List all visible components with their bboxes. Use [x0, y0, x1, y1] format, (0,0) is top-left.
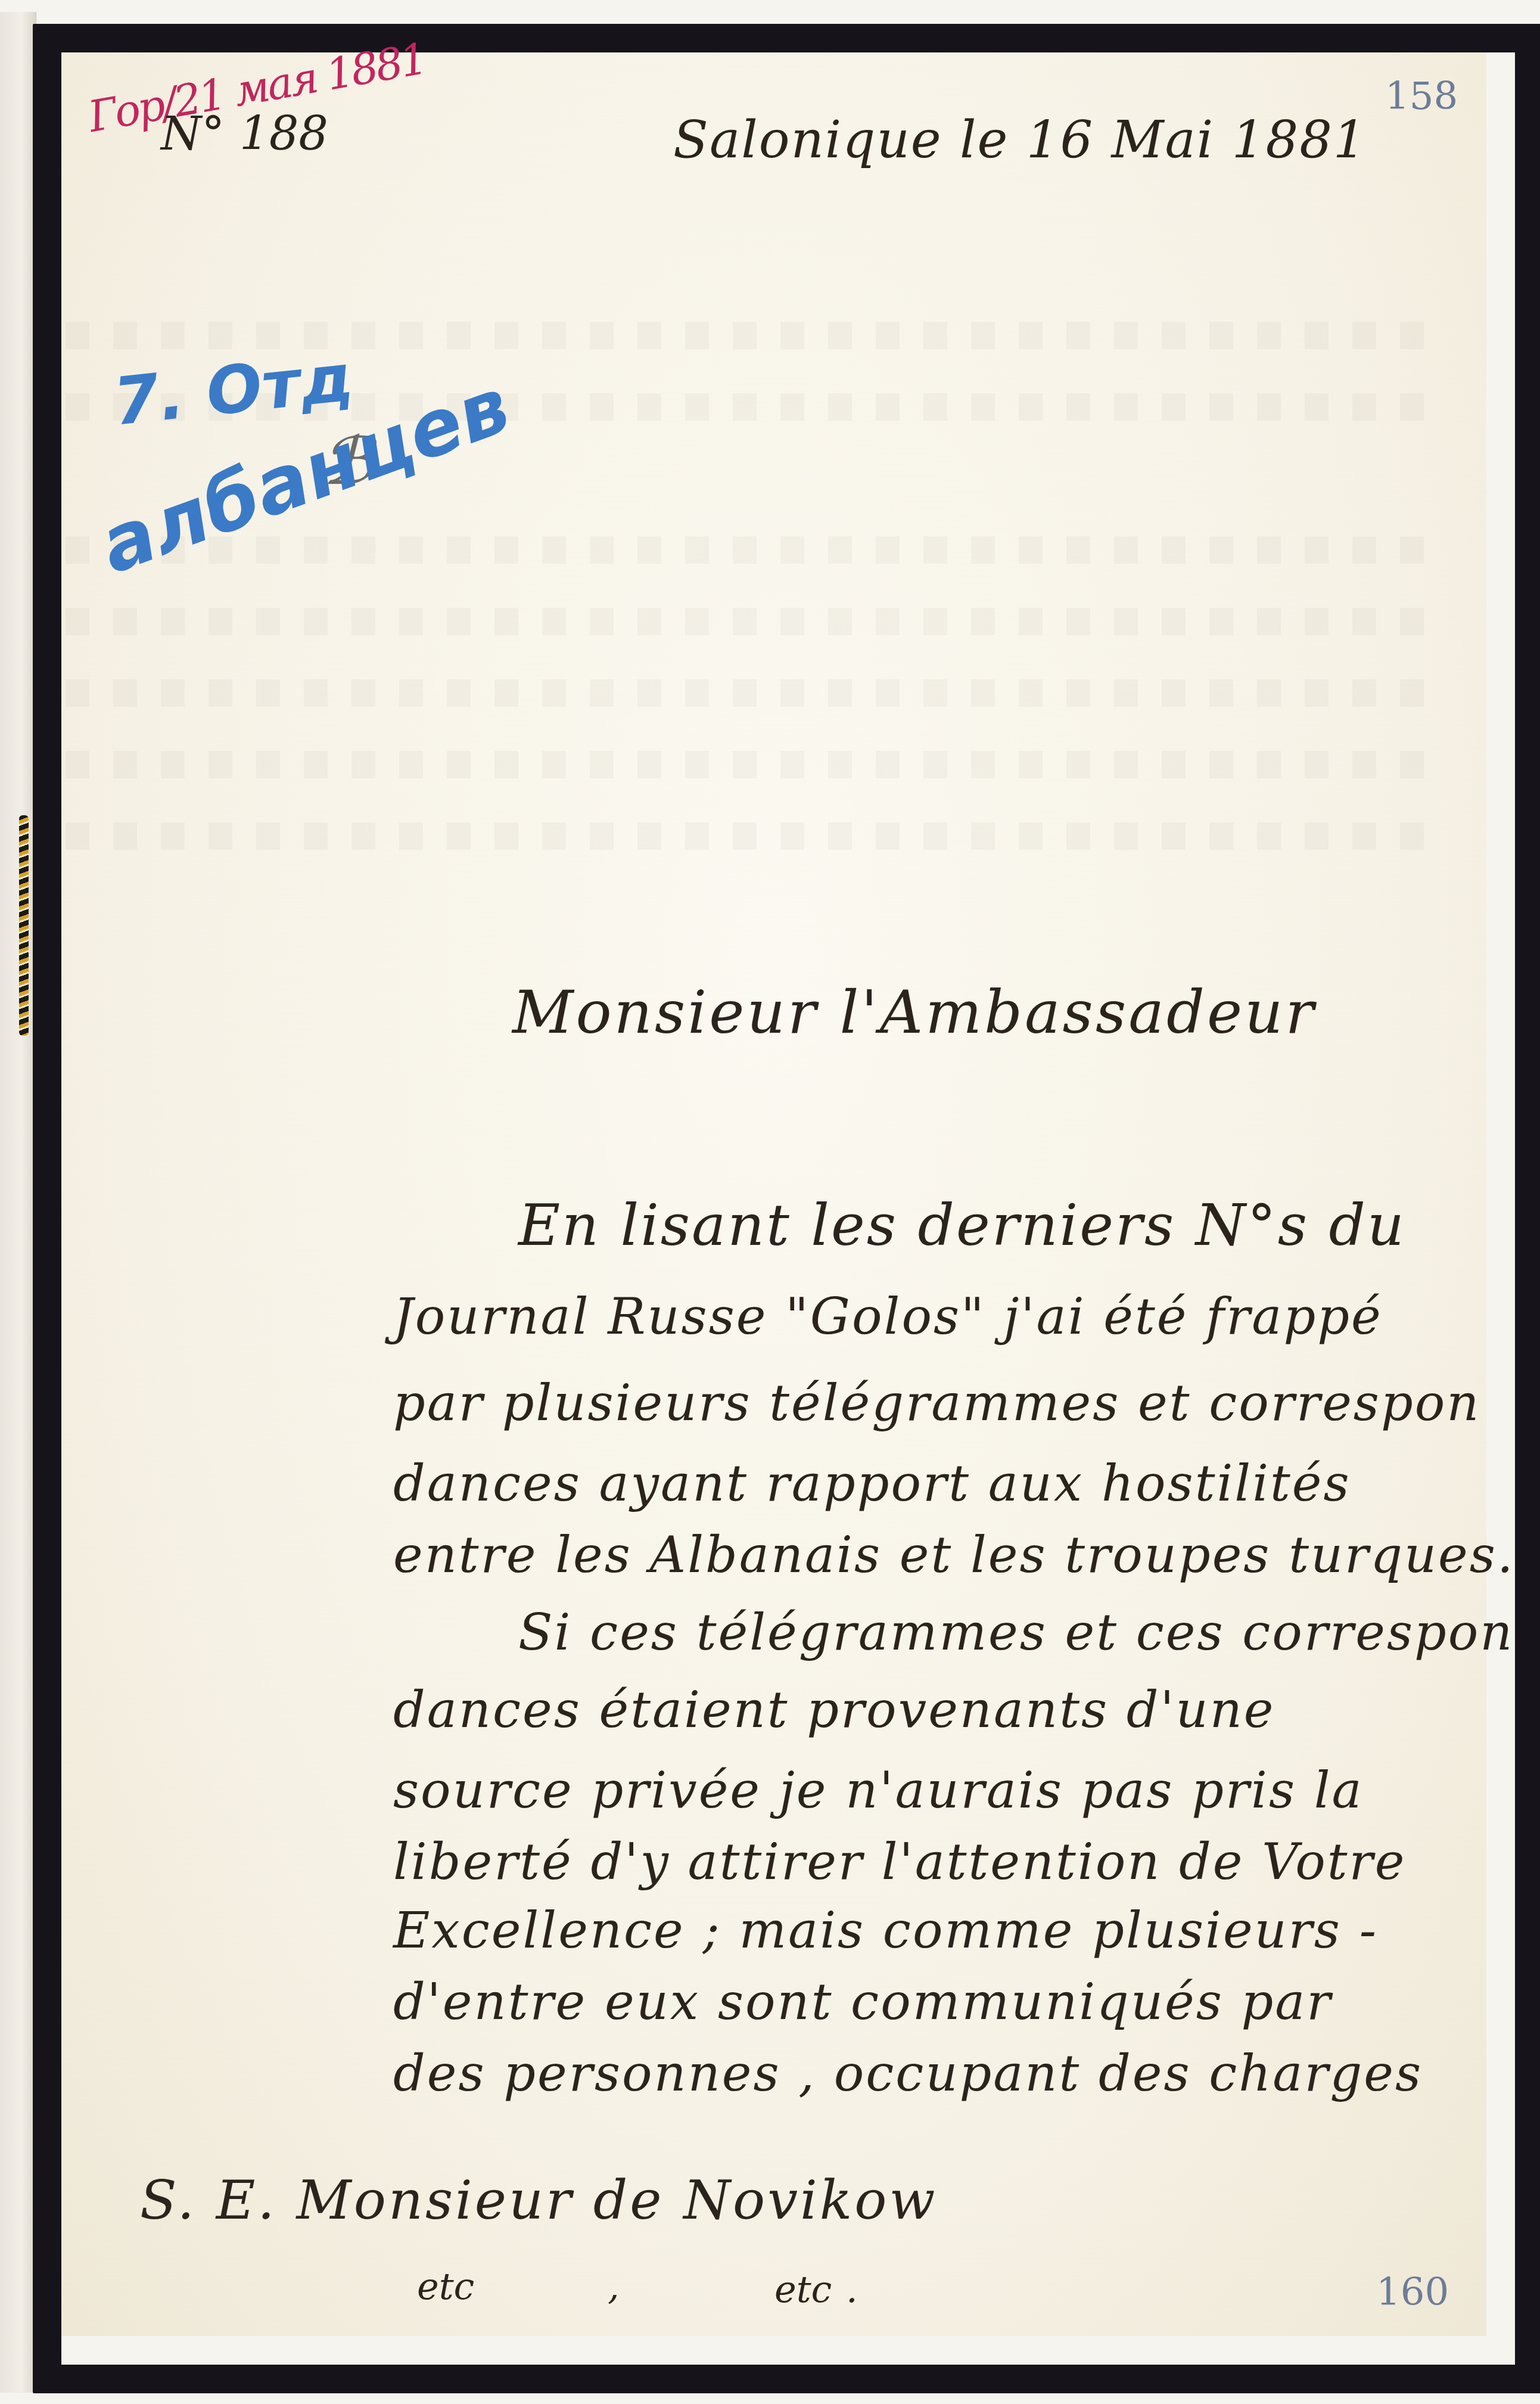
binding-strip	[0, 12, 36, 2393]
bleed-through	[66, 822, 1436, 850]
body-line: liberté d'y attirer l'attention de Votre	[393, 1832, 1406, 1891]
body-line: Journal Russe "Golos" j'ai été frappé	[393, 1287, 1383, 1346]
body-line: dances ayant rapport aux hostilités	[393, 1454, 1351, 1512]
body-line: Excellence ; mais comme plusieurs -	[393, 1901, 1378, 1959]
body-line: par plusieurs télégrammes et correspon	[393, 1374, 1480, 1432]
bleed-through	[66, 536, 1436, 564]
bleed-through	[66, 322, 1436, 349]
binding-cord	[19, 815, 29, 1036]
body-line: Si ces télégrammes et ces correspon	[518, 1603, 1514, 1661]
bleed-through	[66, 751, 1436, 778]
folio-number-top: 158	[1385, 74, 1458, 119]
salutation: Monsieur l'Ambassadeur	[512, 977, 1316, 1047]
addressee-etc-comma: ,	[608, 2265, 620, 2308]
addressee-etc-period: .	[846, 2268, 858, 2311]
body-line: source privée je n'aurais pas pris la	[393, 1761, 1364, 1819]
body-line: des personnes , occupant des charges	[393, 2044, 1423, 2102]
body-line: dances étaient provenants d'une	[393, 1681, 1275, 1739]
letter-number: N° 188	[161, 107, 328, 161]
addressee: S. E. Monsieur de Novikow	[140, 2169, 938, 2232]
place-date: Salonique le 16 Mai 1881	[673, 110, 1367, 170]
addressee-etc: etc	[774, 2268, 832, 2311]
body-line: En lisant les derniers N°s du	[518, 1192, 1406, 1259]
addressee-etc: etc	[417, 2265, 474, 2308]
body-line: d'entre eux sont communiqués par	[393, 1973, 1333, 2031]
bleed-through	[66, 679, 1436, 707]
body-line: entre les Albanais et les troupes turque…	[393, 1526, 1515, 1584]
bleed-through	[66, 608, 1436, 635]
folio-number-bottom: 160	[1376, 2271, 1449, 2315]
